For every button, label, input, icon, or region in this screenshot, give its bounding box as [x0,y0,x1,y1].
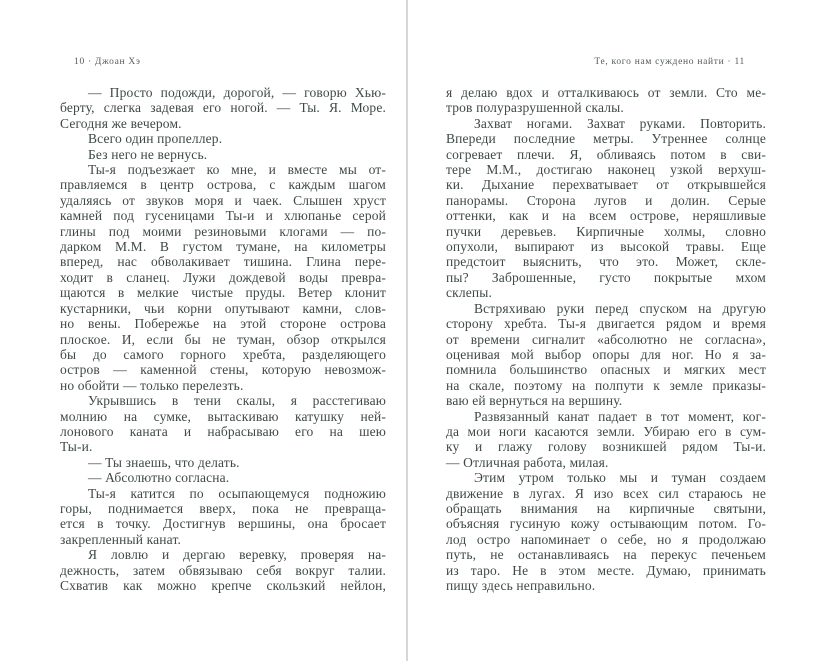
text-line: берту, слегка задевая его ногой. — Ты. Я… [60,100,386,115]
text-line: молнию на сумке, вытаскиваю катушку ней- [60,409,386,424]
text-line: предстоит выяснить, что это. Может, скле… [446,254,766,269]
text-line: вперед, нас обволакивает тишина. Глина п… [60,254,386,269]
text-line: панорамы. Сторона лугов и долин. Серые [446,193,766,208]
text-line: ку и глажу голову возникшей рядом Ты-и. [446,439,766,454]
text-line: ется в точку. Достигнув вершины, она бро… [60,516,386,531]
text-line: лод остро напоминает о себе, но я продол… [446,532,766,547]
text-line: глины под моими резиновыми клогами — по- [60,224,386,239]
text-line: ходит в сланец. Лужи дождевой воды превр… [60,270,386,285]
text-line: Схватив как можно крепче скользкий нейло… [60,578,386,593]
text-line: оттенки, как и на всем острове, неряшлив… [446,208,766,223]
text-line: — Отличная работа, милая. [446,455,766,470]
text-line: движение в лугах. Я изо всех сил стараюс… [446,486,766,501]
text-line: путь, не останавливаясь на перекус печен… [446,547,766,562]
page-divider [406,0,408,661]
text-line: — Ты знаешь, что делать. [60,455,386,470]
right-page[interactable]: Те, кого нам суждено найти · 11 я делаю … [409,0,820,661]
text-line: горы, поднимается вверх, пока не превращ… [60,501,386,516]
left-page[interactable]: 10 · Джоан Хэ — Просто подожди, дорогой,… [0,0,407,661]
text-line: дежность, затем обвязываю себя вокруг та… [60,563,386,578]
text-line: но вены. Побережье на этой стороне остро… [60,316,386,331]
text-line: Этим утром только мы и туман создаем [446,470,766,485]
text-line: пищу здесь неправильно. [446,578,766,593]
text-line: тере М.М., достигаю наконец узкой верхуш… [446,162,766,177]
text-line: — Просто подожди, дорогой, — говорю Хью- [60,85,386,100]
text-line: щаются в мелкие чистые пруды. Ветер клон… [60,285,386,300]
text-line: согревает плечи. Я, обливаясь потом в св… [446,147,766,162]
text-line: обращать внимания на кирпичные святыни, [446,501,766,516]
text-line: плоское. И, если бы не туман, обзор откр… [60,332,386,347]
text-line: ваю ей вернуться на вершину. [446,393,766,408]
text-line: Ты-я катится по осыпающемуся подножию [60,486,386,501]
text-line: пучки деревьев. Кирпичные холмы, словно [446,224,766,239]
text-line: на скале, поэтому на полпути к земле при… [446,378,766,393]
right-page-header: Те, кого нам суждено найти · 11 [594,56,745,68]
text-line: Укрывшись в тени скалы, я расстегиваю [60,393,386,408]
text-line: камней под гусеницами Ты-и и хлюпанье се… [60,208,386,223]
text-line: помнила большинство опасных и мягких мес… [446,362,766,377]
text-line: из таро. Не в этом месте. Думаю, принима… [446,563,766,578]
text-line: ки. Дыхание перехватывает от открывшейся [446,177,766,192]
text-line: Без него не вернусь. [60,147,386,162]
text-line: склепы. [446,285,766,300]
text-line: кустарники, чьи корни опутывают камни, с… [60,301,386,316]
text-line: Я ловлю и дергаю веревку, проверяя на- [60,547,386,562]
text-line: я делаю вдох и отталкиваюсь от земли. Ст… [446,85,766,100]
text-line: Впереди последние метры. Утреннее солнце [446,131,766,146]
text-line: лонового каната и набрасываю его на шею [60,424,386,439]
text-line: удаляясь от звуков моря и чаек. Слышен х… [60,193,386,208]
text-line: правляемся в центр острова, с каждым шаг… [60,177,386,192]
text-line: да мои ноги касаются земли. Убираю его в… [446,424,766,439]
text-line: Развязанный канат падает в тот момент, к… [446,409,766,424]
text-line: Ты-и. [60,439,386,454]
text-line: закрепленный канат. [60,532,386,547]
text-line: оценивая мой выбор опоры для ног. Но я з… [446,347,766,362]
text-line: Ты-я подъезжает ко мне, и вместе мы от- [60,162,386,177]
text-line: Захват ногами. Захват руками. Повторить. [446,116,766,131]
left-page-text: — Просто подожди, дорогой, — говорю Хью-… [60,85,386,593]
right-page-text: я делаю вдох и отталкиваюсь от земли. Ст… [446,85,766,593]
text-line: остров — каменной стены, которую невозмо… [60,362,386,377]
text-line: но обойти — только перелезть. [60,378,386,393]
text-line: пы? Заброшенные, густо покрытые мхом [446,270,766,285]
text-line: опухоли, выпирают из высокой травы. Еще [446,239,766,254]
book-spread: 10 · Джоан Хэ — Просто подожди, дорогой,… [0,0,820,661]
text-line: Встряхиваю руки перед спуском на другую [446,301,766,316]
text-line: Всего один пропеллер. [60,131,386,146]
text-line: от времени сигналит «абсолютно не соглас… [446,332,766,347]
text-line: Сегодня же вечером. [60,116,386,131]
left-page-header: 10 · Джоан Хэ [74,56,141,68]
text-line: объясняя гусиную кожу остывающим потом. … [446,516,766,531]
text-line: тров полуразрушенной скалы. [446,100,766,115]
text-line: сторону хребта. Ты-я двигается рядом и в… [446,316,766,331]
text-line: бы до самого горного хребта, разделяющег… [60,347,386,362]
text-line: дарком М.М. В густом тумане, на километр… [60,239,386,254]
text-line: — Абсолютно согласна. [60,470,386,485]
